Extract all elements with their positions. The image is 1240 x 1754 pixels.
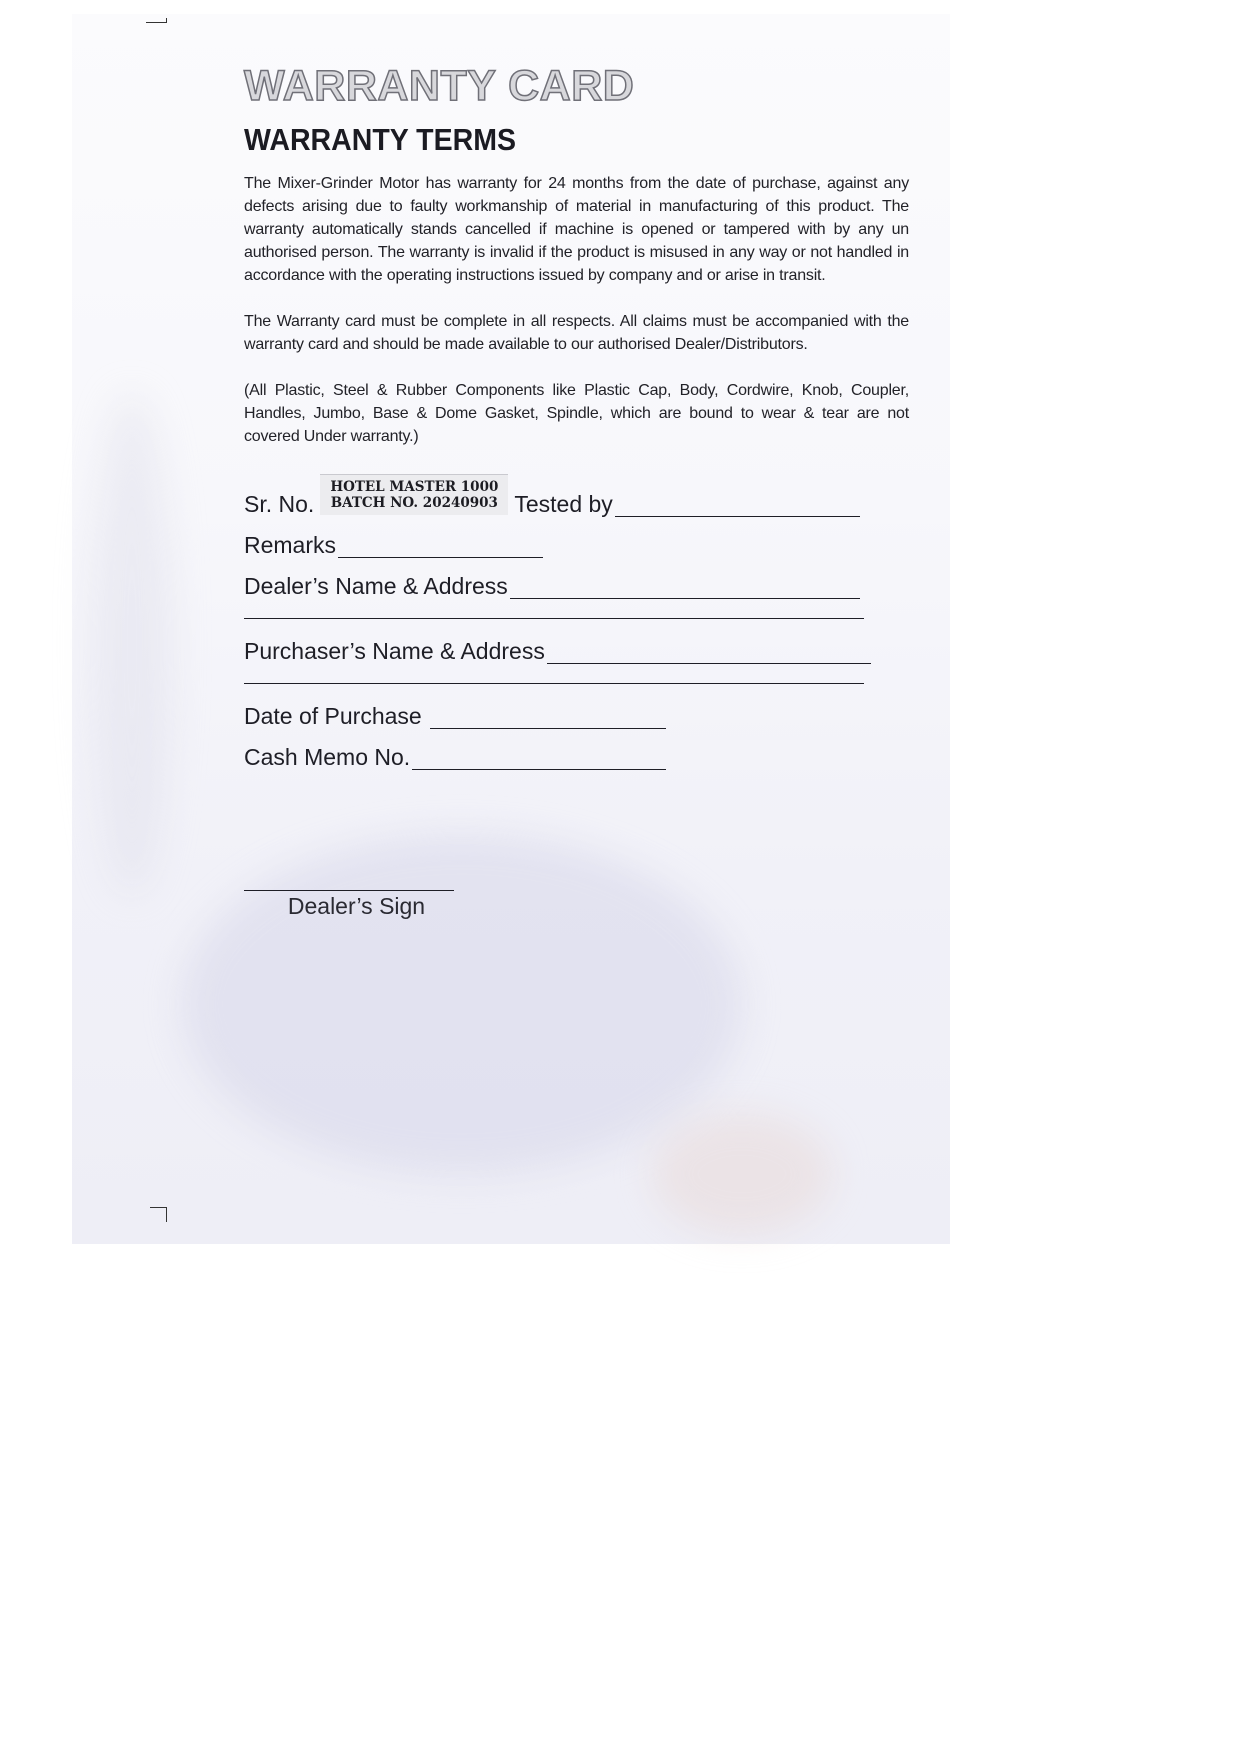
date-row: Date of Purchase bbox=[244, 688, 909, 729]
date-label: Date of Purchase bbox=[244, 703, 422, 729]
dealer-sign-block: Dealer’s Sign bbox=[244, 890, 459, 920]
scan-stain bbox=[652, 1114, 832, 1234]
dealer-field[interactable] bbox=[510, 576, 860, 599]
purchaser-field[interactable] bbox=[547, 641, 871, 664]
batch-number: BATCH NO. 20240903 bbox=[331, 495, 498, 511]
purchaser-label: Purchaser’s Name & Address bbox=[244, 638, 545, 664]
warranty-card: WARRANTY CARD WARRANTY TERMS The Mixer-G… bbox=[244, 62, 909, 920]
scan-shadow bbox=[92, 394, 172, 894]
date-of-purchase-field[interactable] bbox=[430, 706, 666, 729]
remarks-row: Remarks bbox=[244, 517, 909, 558]
tested-by-label: Tested by bbox=[514, 491, 612, 517]
dealer-sign-line[interactable] bbox=[244, 890, 454, 891]
serial-label: Sr. No. bbox=[244, 491, 314, 517]
section-heading: WARRANTY TERMS bbox=[244, 122, 856, 172]
tested-by-field[interactable] bbox=[615, 494, 860, 517]
cash-memo-field[interactable] bbox=[412, 747, 666, 770]
page-title: WARRANTY CARD bbox=[244, 62, 909, 122]
warranty-form: Sr. No. HOTEL MASTER 1000 BATCH NO. 2024… bbox=[244, 476, 909, 920]
terms-paragraph: The Mixer-Grinder Motor has warranty for… bbox=[244, 172, 909, 287]
model-name: HOTEL MASTER 1000 bbox=[330, 479, 498, 495]
purchaser-address-line[interactable] bbox=[244, 682, 864, 684]
dealer-address-line[interactable] bbox=[244, 617, 864, 619]
crop-mark-top-left bbox=[146, 18, 167, 23]
remarks-field[interactable] bbox=[338, 535, 543, 558]
crop-mark-bottom-left bbox=[150, 1207, 167, 1222]
serial-row: Sr. No. HOTEL MASTER 1000 BATCH NO. 2024… bbox=[244, 476, 909, 517]
dealer-sign-label: Dealer’s Sign bbox=[244, 893, 459, 920]
remarks-label: Remarks bbox=[244, 532, 336, 558]
purchaser-row: Purchaser’s Name & Address bbox=[244, 623, 909, 664]
cash-memo-row: Cash Memo No. bbox=[244, 729, 909, 770]
dealer-row: Dealer’s Name & Address bbox=[244, 558, 909, 599]
dealer-label: Dealer’s Name & Address bbox=[244, 573, 508, 599]
claims-paragraph: The Warranty card must be complete in al… bbox=[244, 310, 909, 356]
cash-memo-label: Cash Memo No. bbox=[244, 744, 410, 770]
exclusions-paragraph: (All Plastic, Steel & Rubber Components … bbox=[244, 379, 909, 448]
serial-stamp: HOTEL MASTER 1000 BATCH NO. 20240903 bbox=[320, 474, 508, 515]
